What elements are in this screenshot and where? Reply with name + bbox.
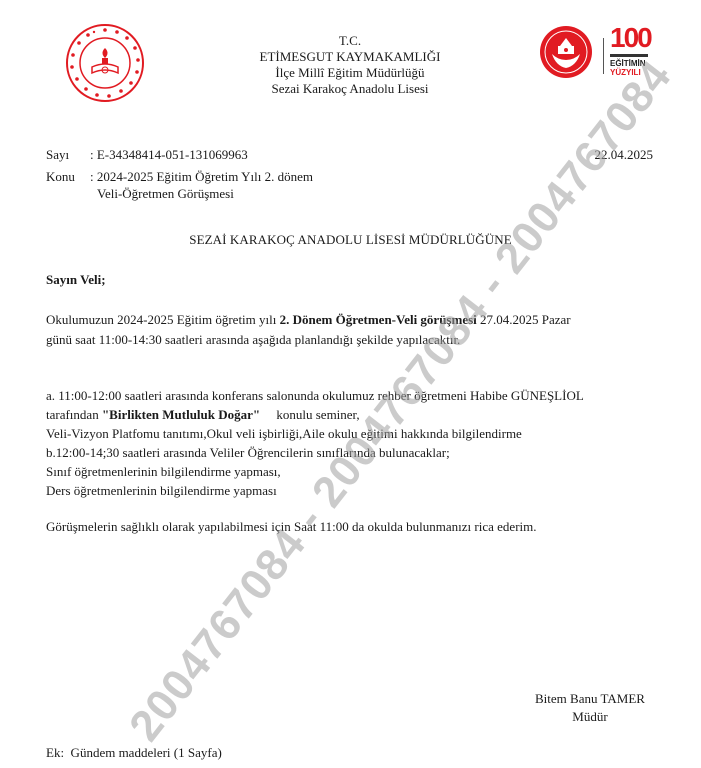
signatory-title: Müdür <box>520 708 660 726</box>
addressee: SEZAİ KARAKOÇ ANADOLU LİSESİ MÜDÜRLÜĞÜNE <box>0 232 701 248</box>
sayi-value: : E-34348414-051-131069963 <box>90 147 248 163</box>
logo-divider <box>603 38 604 74</box>
meb-emblem-icon <box>65 23 145 103</box>
konu-value-line2: Veli-Öğretmen Görüşmesi <box>97 186 234 202</box>
attachment-note: Ek: Gündem maddeleri (1 Sayfa) <box>46 745 222 761</box>
meeting-title: 2. Dönem Öğretmen-Veli görüşmesi <box>280 312 477 327</box>
schedule-b-line3: Ders öğretmenlerinin bilgilendirme yapma… <box>46 481 653 500</box>
konu-value: : 2024-2025 Eğitim Öğretim Yılı 2. dönem <box>90 169 313 185</box>
schedule-a-line2: tarafından "Birlikten Mutluluk Doğar" ko… <box>46 405 653 424</box>
konu-label: Konu <box>46 169 75 185</box>
seminar-title: "Birlikten Mutluluk Doğar" <box>102 407 260 422</box>
intro-paragraph: Okulumuzun 2024-2025 Eğitim öğretim yılı… <box>46 310 653 350</box>
header-school: Sezai Karakoç Anadolu Lisesi <box>200 81 500 97</box>
header-mudurluk: İlçe Millî Eğitim Müdürlüğü <box>200 65 500 81</box>
closing-paragraph: Görüşmelerin sağlıklı olarak yapılabilme… <box>46 517 653 537</box>
aile-yili-2025-icon <box>538 24 594 80</box>
document-date: 22.04.2025 <box>595 147 654 163</box>
signature-block: Bitem Banu TAMER Müdür <box>520 690 660 726</box>
schedule-a-line1: a. 11:00-12:00 saatleri arasında konfera… <box>46 386 653 405</box>
sayi-label: Sayı <box>46 147 69 163</box>
header-tc: T.C. <box>200 33 500 49</box>
egitimin-yuzyili-logo: 100 EĞİTİMİN YÜZYILI <box>610 24 660 84</box>
schedule-block: a. 11:00-12:00 saatleri arasında konfera… <box>46 386 653 500</box>
header-kaymakamlik: ETİMESGUT KAYMAKAMLIĞI <box>200 49 500 65</box>
document-header: T.C. ETİMESGUT KAYMAKAMLIĞI İlçe Millî E… <box>200 33 500 97</box>
signatory-name: Bitem Banu TAMER <box>520 690 660 708</box>
schedule-a-line3: Veli-Vizyon Platfomu tanıtımı,Okul veli … <box>46 424 653 443</box>
schedule-b-line1: b.12:00-14;30 saatleri arasında Veliler … <box>46 443 653 462</box>
schedule-b-line2: Sınıf öğretmenlerinin bilgilendirme yapm… <box>46 462 653 481</box>
greeting: Sayın Veli; <box>46 272 106 288</box>
